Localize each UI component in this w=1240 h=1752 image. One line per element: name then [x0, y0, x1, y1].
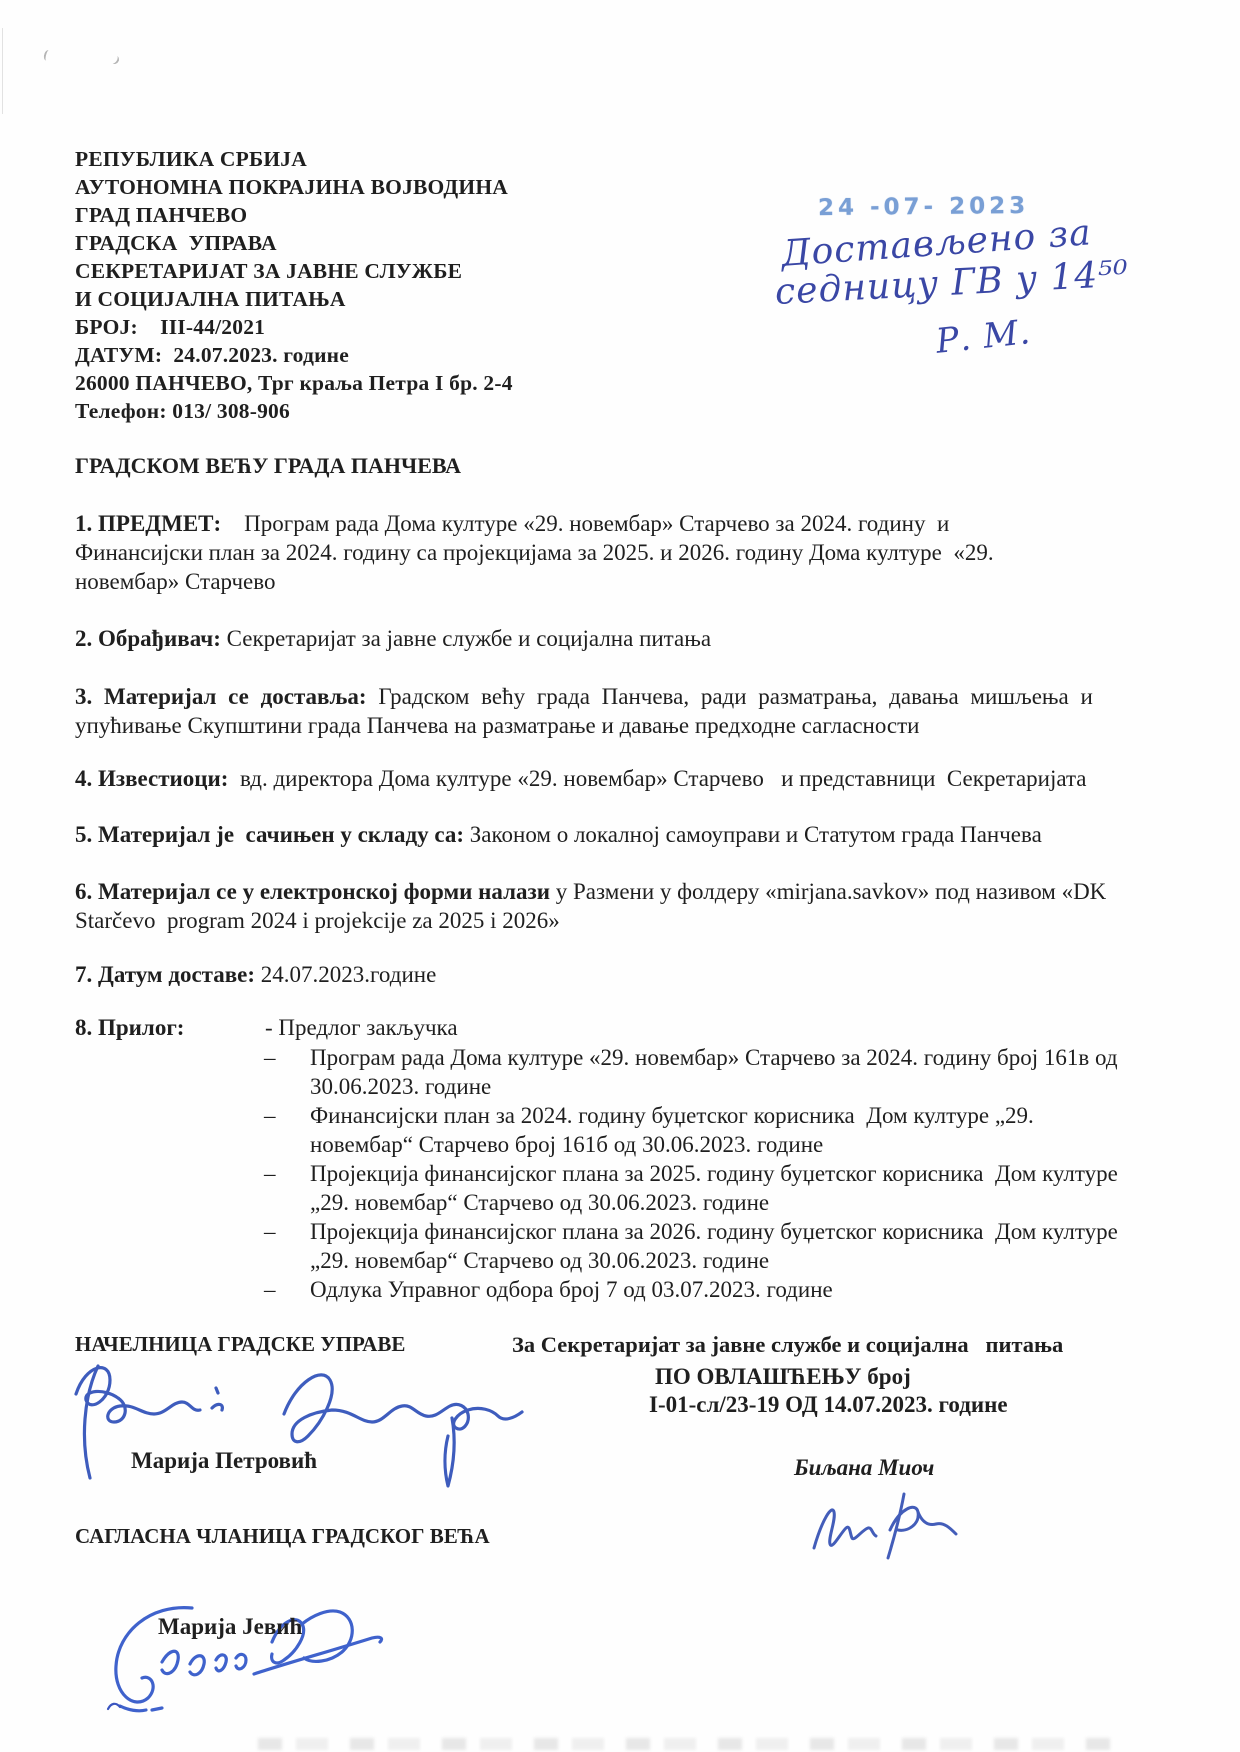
- attachment-item: – Пројекција финансијског плана за 2025.…: [264, 1159, 1184, 1217]
- item-1-text: Програм рада Дома културе «29. новембар»…: [221, 511, 949, 536]
- scan-bleedthrough-artifact: [258, 1738, 1118, 1750]
- letterhead-line: СЕКРЕТАРИЈАТ ЗА ЈАВНЕ СЛУЖБЕ: [75, 257, 513, 285]
- date-stamp: 24 -07- 2023: [818, 193, 1029, 221]
- right-signer-name: Биљана Миоч: [794, 1455, 934, 1481]
- letterhead-line: АУТОНОМНА ПОКРАЈИНА ВОЈВОДИНА: [75, 173, 513, 201]
- item-7-label: 7. Датум доставе:: [75, 962, 255, 987]
- scan-speck: [43, 49, 52, 61]
- dash-bullet: –: [264, 1043, 276, 1072]
- item-1-text: новембар» Старчево: [75, 567, 1180, 596]
- attachment-text: Програм рада Дома културе «29. новембар»…: [310, 1043, 1184, 1072]
- scan-speck: [108, 53, 120, 65]
- dash-bullet: –: [264, 1101, 276, 1130]
- handwritten-initials: Р. М.: [934, 312, 1033, 362]
- consent-member-name: Марија Јевић: [158, 1614, 302, 1640]
- attachment-item: – Програм рада Дома културе «29. новемба…: [264, 1043, 1184, 1101]
- phone-line: Телефон: 013/ 308-906: [75, 397, 513, 425]
- item-5-text: Законом о локалној самоуправи и Статутом…: [464, 822, 1042, 847]
- attachment-text: Пројекција финансијског плана за 2025. г…: [310, 1159, 1184, 1188]
- item-3-text: Градском већу града Панчева, ради размат…: [367, 684, 1093, 709]
- item-2-text: Секретаријат за јавне службе и социјална…: [221, 626, 711, 651]
- letterhead: РЕПУБЛИКА СРБИЈА АУТОНОМНА ПОКРАЈИНА ВОЈ…: [75, 145, 513, 425]
- item-3-delivery: 3. Материјал се доставља: Градском већу …: [75, 682, 1180, 740]
- item-6-text: у Размени у фолдеру «mirjana.savkov» под…: [550, 879, 1106, 904]
- item-4-label: 4. Известиоци:: [75, 766, 228, 791]
- item-2-label: 2. Обрађивач:: [75, 626, 221, 651]
- scan-edge-artifact: [2, 28, 3, 114]
- item-5-label: 5. Материјал је сачињен у складу са:: [75, 822, 464, 847]
- left-signer-title: НАЧЕЛНИЦА ГРАДСКЕ УПРАВЕ: [75, 1332, 405, 1357]
- item-1-text: Финансијски план за 2024. годину са прој…: [75, 538, 1180, 567]
- item-6-electronic-form: 6. Материјал се у електронској форми нал…: [75, 877, 1180, 935]
- recipient-title: ГРАДСКОМ ВЕЋУ ГРАДА ПАНЧЕВА: [75, 453, 461, 479]
- item-1-label: 1. ПРЕДМЕТ:: [75, 511, 221, 536]
- attachment-text: 30.06.2023. године: [310, 1072, 1184, 1101]
- dash-bullet: –: [264, 1217, 276, 1246]
- attachment-text: Одлука Управног одбора број 7 од 03.07.2…: [310, 1275, 1184, 1304]
- attachment-text: „29. новембар“ Старчево од 30.06.2023. г…: [310, 1188, 1184, 1217]
- item-7-text: 24.07.2023.године: [255, 962, 436, 987]
- item-8-label: 8. Прилог:: [75, 1015, 184, 1040]
- item-5-legal-basis: 5. Материјал је сачињен у складу са: Зак…: [75, 820, 1180, 849]
- authorization-number: I-01-сл/23-19 ОД 14.07.2023. године: [649, 1392, 1008, 1418]
- letterhead-line: И СОЦИЈАЛНА ПИТАЊА: [75, 285, 513, 313]
- attachment-text: Пројекција финансијског плана за 2026. г…: [310, 1217, 1184, 1246]
- item-3-text: упућивање Скупштини града Панчева на раз…: [75, 711, 1180, 740]
- item-3-label: 3. Материјал се доставља:: [75, 684, 367, 709]
- attachment-item: – Пројекција финансијског плана за 2026.…: [264, 1217, 1184, 1275]
- scan-speck-blue: [106, 1700, 122, 1712]
- letterhead-line: РЕПУБЛИКА СРБИЈА: [75, 145, 513, 173]
- attachment-text: новембар“ Старчево број 161б од 30.06.20…: [310, 1130, 1184, 1159]
- item-8-attachments: 8. Прилог:- Предлог закључка: [75, 1013, 1180, 1042]
- item-2-processor: 2. Обрађивач: Секретаријат за јавне служ…: [75, 624, 1180, 653]
- dash-bullet: –: [264, 1275, 276, 1304]
- document-number: БРОЈ: III-44/2021: [75, 313, 513, 341]
- item-4-text: вд. директора Дома културе «29. новембар…: [228, 766, 1086, 791]
- document-date: ДАТУМ: 24.07.2023. године: [75, 341, 513, 369]
- left-signer-name: Марија Петровић: [131, 1448, 317, 1474]
- consent-member-title: САГЛАСНА ЧЛАНИЦА ГРАДСКОГ ВЕЋА: [75, 1524, 490, 1549]
- item-4-reporters: 4. Известиоци: вд. директора Дома култур…: [75, 764, 1180, 793]
- attachment-item: – Финансијски план за 2024. годину буџет…: [264, 1101, 1184, 1159]
- attachment-list: – Програм рада Дома културе «29. новемба…: [264, 1043, 1184, 1304]
- address-line: 26000 ПАНЧЕВО, Трг краља Петра I бр. 2-4: [75, 369, 513, 397]
- attachment-first: - Предлог закључка: [265, 1013, 458, 1042]
- letterhead-line: ГРАД ПАНЧЕВО: [75, 201, 513, 229]
- item-1-subject: 1. ПРЕДМЕТ: Програм рада Дома културе «2…: [75, 509, 1180, 596]
- signature-biljana-mioc: [800, 1482, 970, 1568]
- attachment-item: – Одлука Управног одбора број 7 од 03.07…: [264, 1275, 1184, 1304]
- attachment-text: „29. новембар“ Старчево од 30.06.2023. г…: [310, 1246, 1184, 1275]
- authorization-label: ПО ОВЛАШЋЕЊУ број: [655, 1364, 911, 1390]
- dash-bullet: –: [264, 1159, 276, 1188]
- item-6-label: 6. Материјал се у електронској форми нал…: [75, 879, 550, 904]
- letterhead-line: ГРАДСКА УПРАВА: [75, 229, 513, 257]
- item-7-delivery-date: 7. Датум доставе: 24.07.2023.године: [75, 960, 1180, 989]
- right-signer-title: За Секретаријат за јавне службе и соција…: [512, 1332, 1063, 1358]
- attachment-text: Финансијски план за 2024. годину буџетск…: [310, 1101, 1184, 1130]
- item-6-text: Starčevo program 2024 i projekcije za 20…: [75, 906, 1180, 935]
- scanned-document-page: РЕПУБЛИКА СРБИЈА АУТОНОМНА ПОКРАЈИНА ВОЈ…: [0, 0, 1240, 1752]
